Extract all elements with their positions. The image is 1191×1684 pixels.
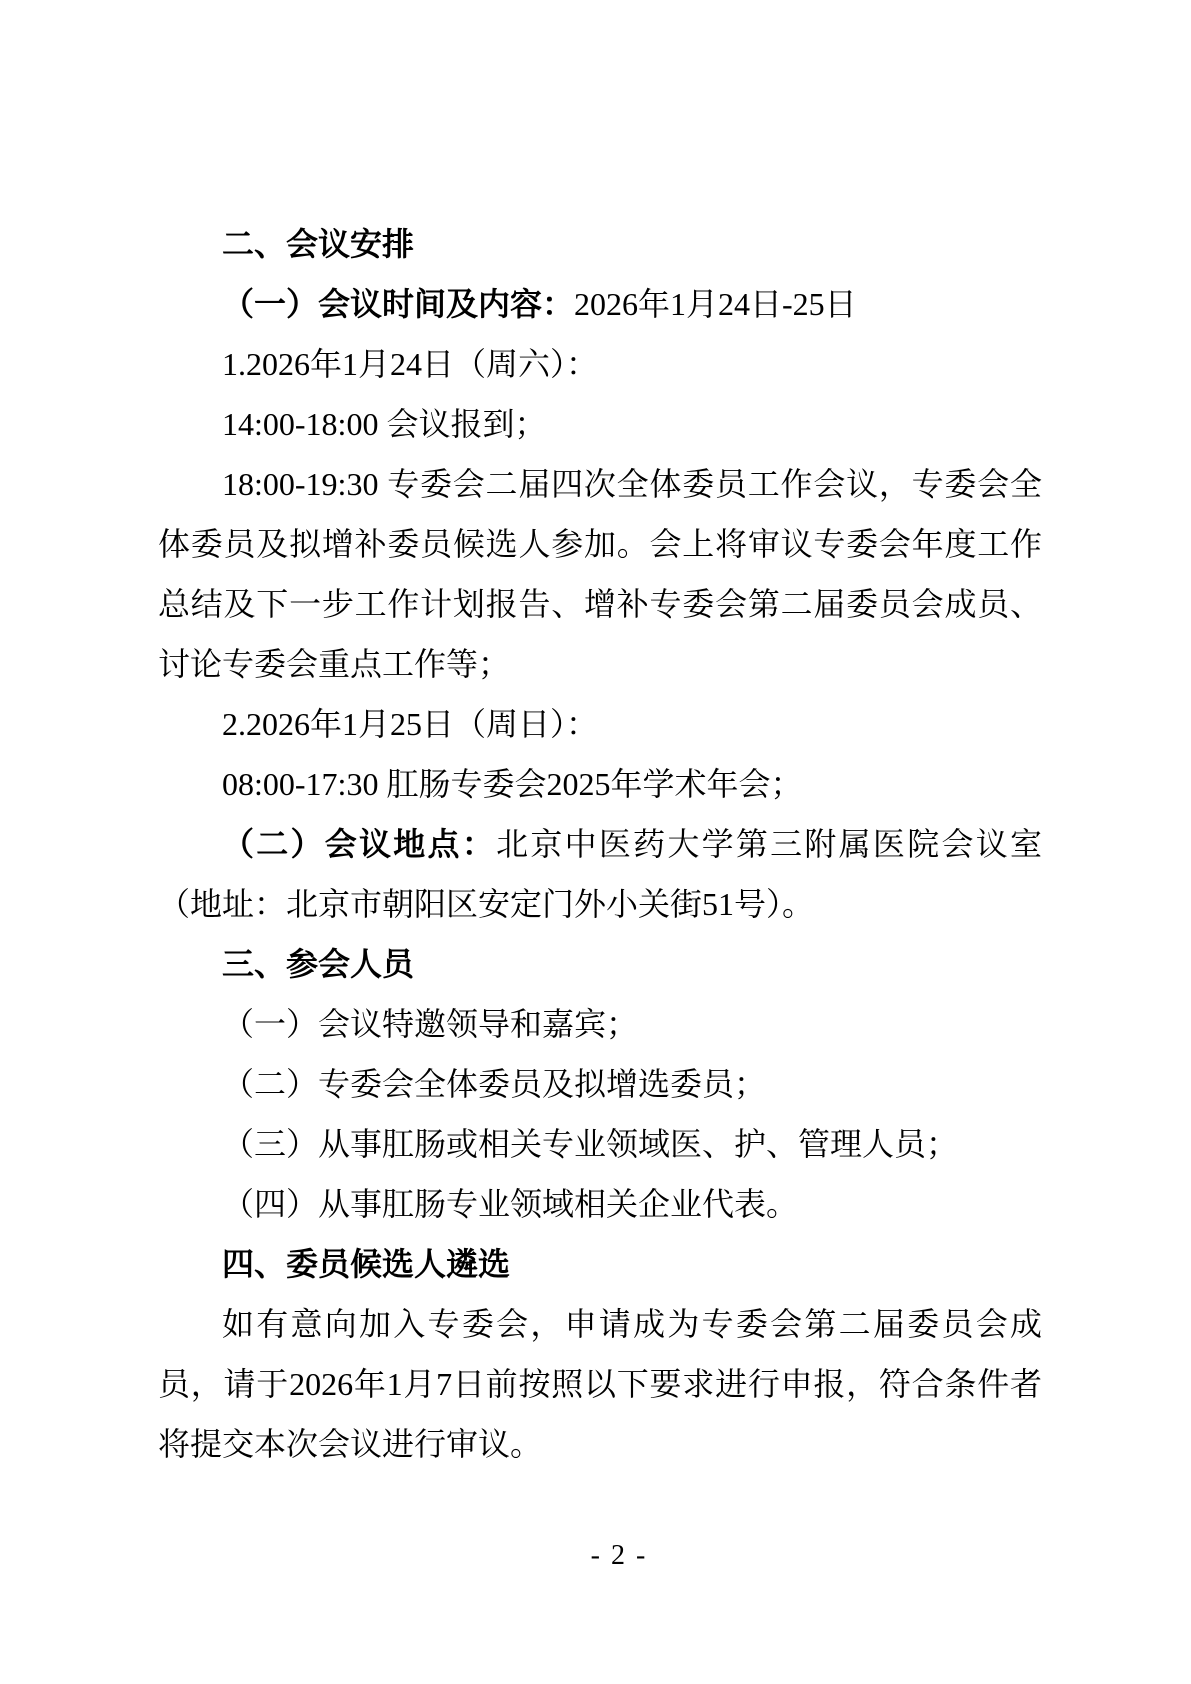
paragraph-participants-item-3: （三）从事肛肠或相关专业领域医、护、管理人员；: [158, 1114, 1042, 1174]
section-heading-participants: 三、参会人员: [158, 934, 1042, 994]
section-heading-meeting-arrangement: 二、会议安排: [158, 214, 1042, 274]
paragraph-day2-annual-conference: 08:00-17:30 肛肠专委会2025年学术年会；: [158, 754, 1042, 814]
paragraph-meeting-time-label: （一）会议时间及内容：: [222, 286, 574, 322]
paragraph-participants-item-1: （一）会议特邀领导和嘉宾；: [158, 994, 1042, 1054]
page-number: - 2 -: [47, 1541, 1191, 1571]
paragraph-participants-item-4: （四）从事肛肠专业领域相关企业代表。: [158, 1174, 1042, 1234]
document-body: 二、会议安排 （一）会议时间及内容：2026年1月24日-25日 1.2026年…: [158, 214, 1042, 1474]
paragraph-day1-plenary-meeting: 18:00-19:30 专委会二届四次全体委员工作会议，专委会全体委员及拟增补委…: [158, 454, 1042, 694]
paragraph-day2-date: 2.2026年1月25日（周日）：: [158, 694, 1042, 754]
paragraph-day1-date: 1.2026年1月24日（周六）：: [158, 334, 1042, 394]
paragraph-participants-item-2: （二）专委会全体委员及拟增选委员；: [158, 1054, 1042, 1114]
paragraph-meeting-location: （二）会议地点：北京中医药大学第三附属医院会议室（地址：北京市朝阳区安定门外小关…: [158, 814, 1042, 934]
paragraph-meeting-location-label: （二）会议地点：: [222, 826, 496, 862]
paragraph-candidate-application: 如有意向加入专委会，申请成为专委会第二届委员会成员，请于2026年1月7日前按照…: [158, 1294, 1042, 1474]
paragraph-day1-registration: 14:00-18:00 会议报到；: [158, 394, 1042, 454]
paragraph-meeting-time: （一）会议时间及内容：2026年1月24日-25日: [158, 274, 1042, 334]
paragraph-meeting-time-value: 2026年1月24日-25日: [574, 286, 857, 322]
document-page: 二、会议安排 （一）会议时间及内容：2026年1月24日-25日 1.2026年…: [0, 0, 1191, 1684]
section-heading-candidate-selection: 四、委员候选人遴选: [158, 1234, 1042, 1294]
